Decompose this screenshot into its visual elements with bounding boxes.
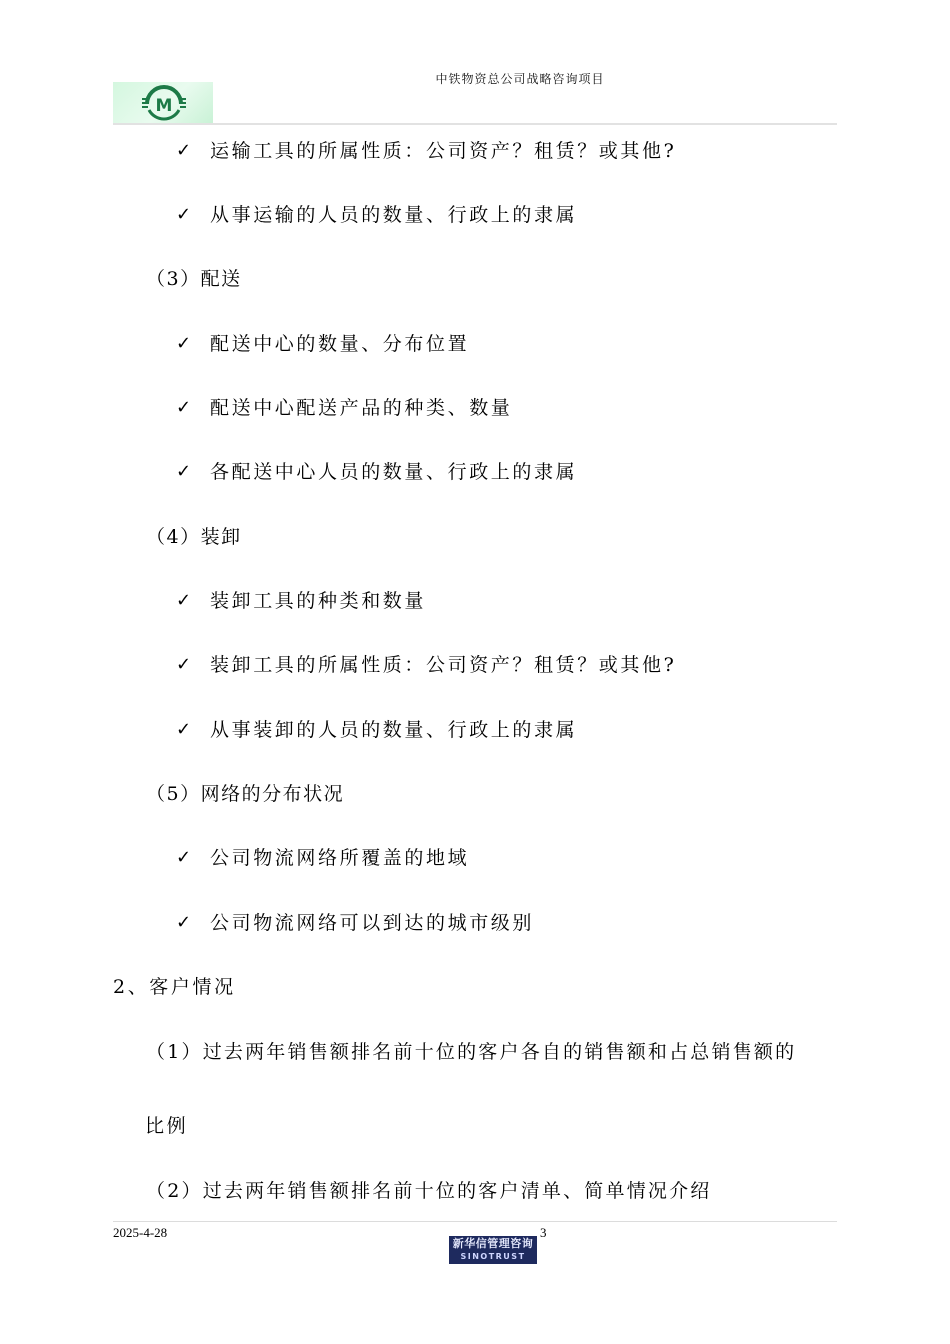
- section-heading: 2、客户情况: [113, 975, 236, 999]
- subheading: （4）装卸: [146, 525, 242, 549]
- bullet-item: 配送中心的数量、分布位置: [210, 332, 469, 356]
- subheading: （5）网络的分布状况: [146, 782, 344, 806]
- company-logo: M: [113, 82, 213, 123]
- paragraph: （1）过去两年销售额排名前十位的客户各自的销售额和占总销售额的: [146, 1040, 796, 1064]
- page-number: 3: [540, 1225, 547, 1241]
- bullet-item: 各配送中心人员的数量、行政上的隶属: [210, 460, 577, 484]
- footer-divider: [113, 1221, 837, 1222]
- checkmark-icon: ✓: [176, 203, 191, 227]
- svg-text:M: M: [156, 96, 173, 116]
- header-title: 中铁物资总公司战略咨询项目: [0, 70, 950, 87]
- paragraph-continuation: 比例: [145, 1114, 188, 1138]
- bullet-item: 从事运输的人员的数量、行政上的隶属: [210, 203, 577, 227]
- bullet-item: 公司物流网络所覆盖的地域: [210, 846, 469, 870]
- paragraph: （2）过去两年销售额排名前十位的客户清单、简单情况介绍: [146, 1179, 712, 1203]
- checkmark-icon: ✓: [176, 332, 191, 356]
- subheading: （3）配送: [146, 267, 242, 291]
- checkmark-icon: ✓: [176, 396, 191, 420]
- bullet-item: 装卸工具的所属性质：公司资产？租赁？或其他?: [210, 653, 676, 677]
- checkmark-icon: ✓: [176, 589, 191, 613]
- footer-date: 2025-4-28: [113, 1225, 167, 1241]
- sinotrust-logo-cn: 新华信管理咨询: [449, 1236, 537, 1251]
- document-page: M 中铁物资总公司战略咨询项目 ✓ 运输工具的所属性质：公司资产？租赁？或其他?…: [0, 0, 950, 1344]
- bullet-item: 运输工具的所属性质：公司资产？租赁？或其他?: [210, 139, 676, 163]
- checkmark-icon: ✓: [176, 846, 191, 870]
- bullet-item: 从事装卸的人员的数量、行政上的隶属: [210, 718, 577, 742]
- checkmark-icon: ✓: [176, 139, 191, 163]
- checkmark-icon: ✓: [176, 460, 191, 484]
- bullet-item: 装卸工具的种类和数量: [210, 589, 426, 613]
- sinotrust-logo-en: SINOTRUST: [449, 1251, 537, 1262]
- m-logo-icon: M: [139, 84, 189, 124]
- header-divider: [113, 123, 837, 125]
- bullet-item: 配送中心配送产品的种类、数量: [210, 396, 512, 420]
- bullet-item: 公司物流网络可以到达的城市级别: [210, 911, 534, 935]
- sinotrust-logo: 新华信管理咨询 SINOTRUST: [449, 1236, 537, 1264]
- checkmark-icon: ✓: [176, 718, 191, 742]
- checkmark-icon: ✓: [176, 911, 191, 935]
- checkmark-icon: ✓: [176, 653, 191, 677]
